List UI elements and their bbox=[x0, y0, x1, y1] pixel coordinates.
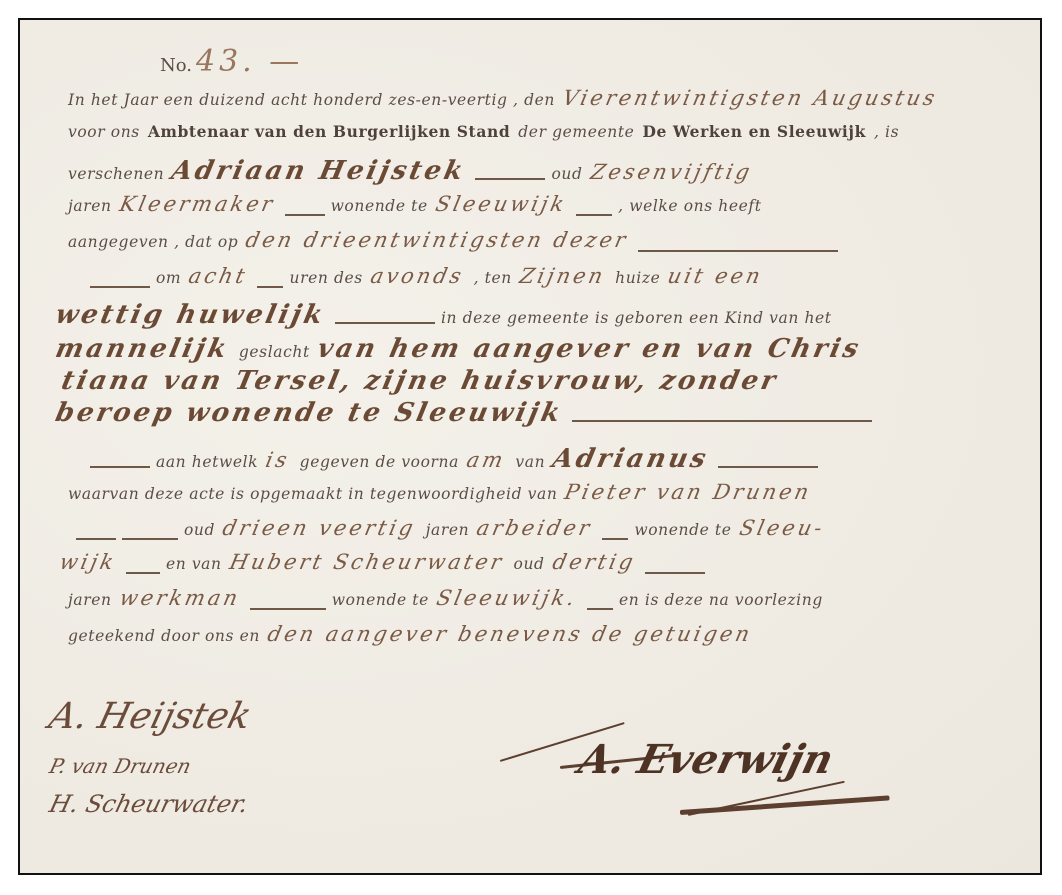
handwritten-text: is bbox=[264, 448, 293, 472]
printed-text: huize bbox=[615, 269, 660, 287]
text-line-4: jaren Kleermaker wonende te Sleeuwijk , … bbox=[68, 192, 770, 226]
witness-1-residence: Sleeu- bbox=[737, 516, 827, 540]
time-of-day: avonds bbox=[368, 264, 466, 288]
printed-text: oud bbox=[551, 165, 582, 183]
declarant-occupation: Kleermaker bbox=[117, 192, 277, 216]
printed-text: jaren bbox=[426, 521, 470, 539]
text-line-1: In het Jaar een duizend acht honderd zes… bbox=[68, 86, 947, 120]
signatories-text: den aangever benevens de getuigen bbox=[265, 622, 754, 646]
text-line-16: geteekend door ons en den aangever benev… bbox=[68, 622, 762, 656]
printed-text: jaren bbox=[68, 197, 112, 215]
printed-text: en van bbox=[166, 555, 222, 573]
printed-text: , welke ons heeft bbox=[618, 197, 761, 215]
fill-line bbox=[250, 608, 326, 610]
text-line-8: mannelijk geslacht van hem aangever en v… bbox=[56, 334, 871, 368]
fill-line bbox=[285, 214, 325, 216]
text-line-11: aan hetwelk is gegeven de voorna am van … bbox=[90, 444, 824, 478]
fill-line bbox=[475, 178, 545, 180]
municipality-name: De Werken en Sleeuwijk bbox=[642, 122, 866, 141]
printed-text: oud bbox=[184, 521, 215, 539]
registrar-signature: A. Everwijn bbox=[574, 736, 838, 783]
text-line-9: tiana van Tersel, zijne huisvrouw, zonde… bbox=[62, 366, 788, 400]
mother-name: tiana van Tersel, zijne huisvrouw, zonde… bbox=[59, 366, 781, 396]
fill-line bbox=[126, 572, 160, 574]
fill-line bbox=[602, 538, 628, 540]
printed-text: wonende te bbox=[331, 197, 428, 215]
printed-text: uren des bbox=[289, 269, 362, 287]
handwritten-text: am bbox=[464, 448, 508, 472]
printed-bold-text: Ambtenaar van den Burgerlijken Stand bbox=[148, 122, 510, 141]
fill-line bbox=[572, 420, 872, 422]
printed-text: gegeven de voorna bbox=[300, 453, 459, 471]
mother-residence: beroep wonende te Sleeuwijk bbox=[53, 398, 566, 428]
number-label: No. bbox=[160, 55, 192, 76]
declarant-signature: A. Heijstek bbox=[45, 696, 256, 737]
witness-1-occupation: arbeider bbox=[475, 516, 595, 540]
printed-text: geteekend door ons en bbox=[68, 627, 260, 645]
fill-line bbox=[90, 286, 150, 288]
birth-hour: acht bbox=[187, 264, 250, 288]
printed-text: jaren bbox=[68, 591, 112, 609]
fill-line bbox=[90, 466, 150, 468]
witness-1-name: Pieter van Drunen bbox=[563, 480, 814, 504]
text-line-10: beroep wonende te Sleeuwijk bbox=[56, 398, 878, 432]
text-line-14: wijk en van Hubert Scheurwater oud derti… bbox=[60, 550, 711, 584]
text-line-2: voor ons Ambtenaar van den Burgerlijken … bbox=[68, 122, 907, 156]
fill-line bbox=[335, 322, 435, 324]
printed-text: der gemeente bbox=[518, 123, 634, 141]
fill-line bbox=[718, 466, 818, 468]
fill-line bbox=[76, 538, 116, 540]
text-line-6: om acht uren des avonds , ten Zijnen hui… bbox=[90, 264, 773, 298]
record-number: 43. — bbox=[196, 44, 303, 79]
handwritten-text: uit een bbox=[666, 264, 766, 288]
witness-1-signature: P. van Drunen bbox=[47, 754, 194, 778]
printed-text: oud bbox=[514, 555, 545, 573]
printed-text: , ten bbox=[474, 269, 512, 287]
fill-line bbox=[576, 214, 612, 216]
printed-text: van bbox=[515, 453, 545, 471]
child-given-name: Adrianus bbox=[550, 444, 712, 474]
text-line-3: verschenen Adriaan Heijstek oud Zesenvij… bbox=[68, 156, 762, 190]
text-line-5: aangegeven , dat op den drieentwintigste… bbox=[68, 228, 844, 262]
fill-line bbox=[257, 286, 283, 288]
printed-text: geslacht bbox=[239, 343, 310, 361]
printed-text: om bbox=[156, 269, 181, 287]
printed-text: aan hetwelk bbox=[156, 453, 258, 471]
printed-text: in deze gemeente is geboren een Kind van… bbox=[441, 309, 832, 327]
fill-line bbox=[638, 250, 838, 252]
printed-text: en is deze na voorlezing bbox=[619, 591, 823, 609]
printed-text: wonende te bbox=[332, 591, 429, 609]
printed-text: aangegeven , dat op bbox=[68, 233, 238, 251]
witness-2-name: Hubert Scheurwater bbox=[227, 550, 506, 574]
witness-1-residence-cont: wijk bbox=[57, 550, 118, 574]
printed-text: wonende te bbox=[634, 521, 731, 539]
text-line-12: waarvan deze acte is opgemaakt in tegenw… bbox=[68, 480, 822, 514]
child-sex: mannelijk bbox=[53, 334, 232, 364]
text-line-13: oud drieen veertig jaren arbeider wonend… bbox=[76, 516, 834, 550]
declarant-residence: Sleeuwijk bbox=[433, 192, 569, 216]
handwritten-date: Vierentwintigsten Augustus bbox=[560, 86, 939, 110]
text-line-7: wettig huwelijk in deze gemeente is gebo… bbox=[56, 300, 840, 334]
fill-line bbox=[645, 572, 705, 574]
witness-1-age: drieen veertig bbox=[220, 516, 418, 540]
witness-2-residence: Sleeuwijk. bbox=[434, 586, 579, 610]
printed-text: In het Jaar een duizend acht honderd zes… bbox=[68, 91, 555, 109]
civil-record-page: No. 43. — In het Jaar een duizend acht h… bbox=[18, 18, 1042, 875]
birth-date: den drieentwintigsten dezer bbox=[244, 228, 631, 252]
fill-line bbox=[122, 538, 178, 540]
witness-2-age: dertig bbox=[550, 550, 638, 574]
record-number-line: No. 43. — bbox=[160, 44, 313, 78]
text-line-15: jaren werkman wonende te Sleeuwijk. en i… bbox=[68, 586, 831, 620]
handwritten-text: Zijnen bbox=[517, 264, 607, 288]
printed-text: waarvan deze acte is opgemaakt in tegenw… bbox=[68, 485, 557, 503]
printed-text: , is bbox=[874, 123, 899, 141]
declarant-name: Adriaan Heijstek bbox=[169, 156, 469, 186]
witness-2-signature: H. Scheurwater. bbox=[47, 790, 252, 818]
printed-text: voor ons bbox=[68, 123, 140, 141]
declarant-age: Zesenvijftig bbox=[588, 160, 754, 184]
fill-line bbox=[587, 608, 613, 610]
witness-2-occupation: werkman bbox=[117, 586, 242, 610]
marriage-status: wettig huwelijk bbox=[53, 300, 328, 330]
printed-text: verschenen bbox=[68, 165, 164, 183]
parents-text: van hem aangever en van Chris bbox=[315, 334, 864, 364]
